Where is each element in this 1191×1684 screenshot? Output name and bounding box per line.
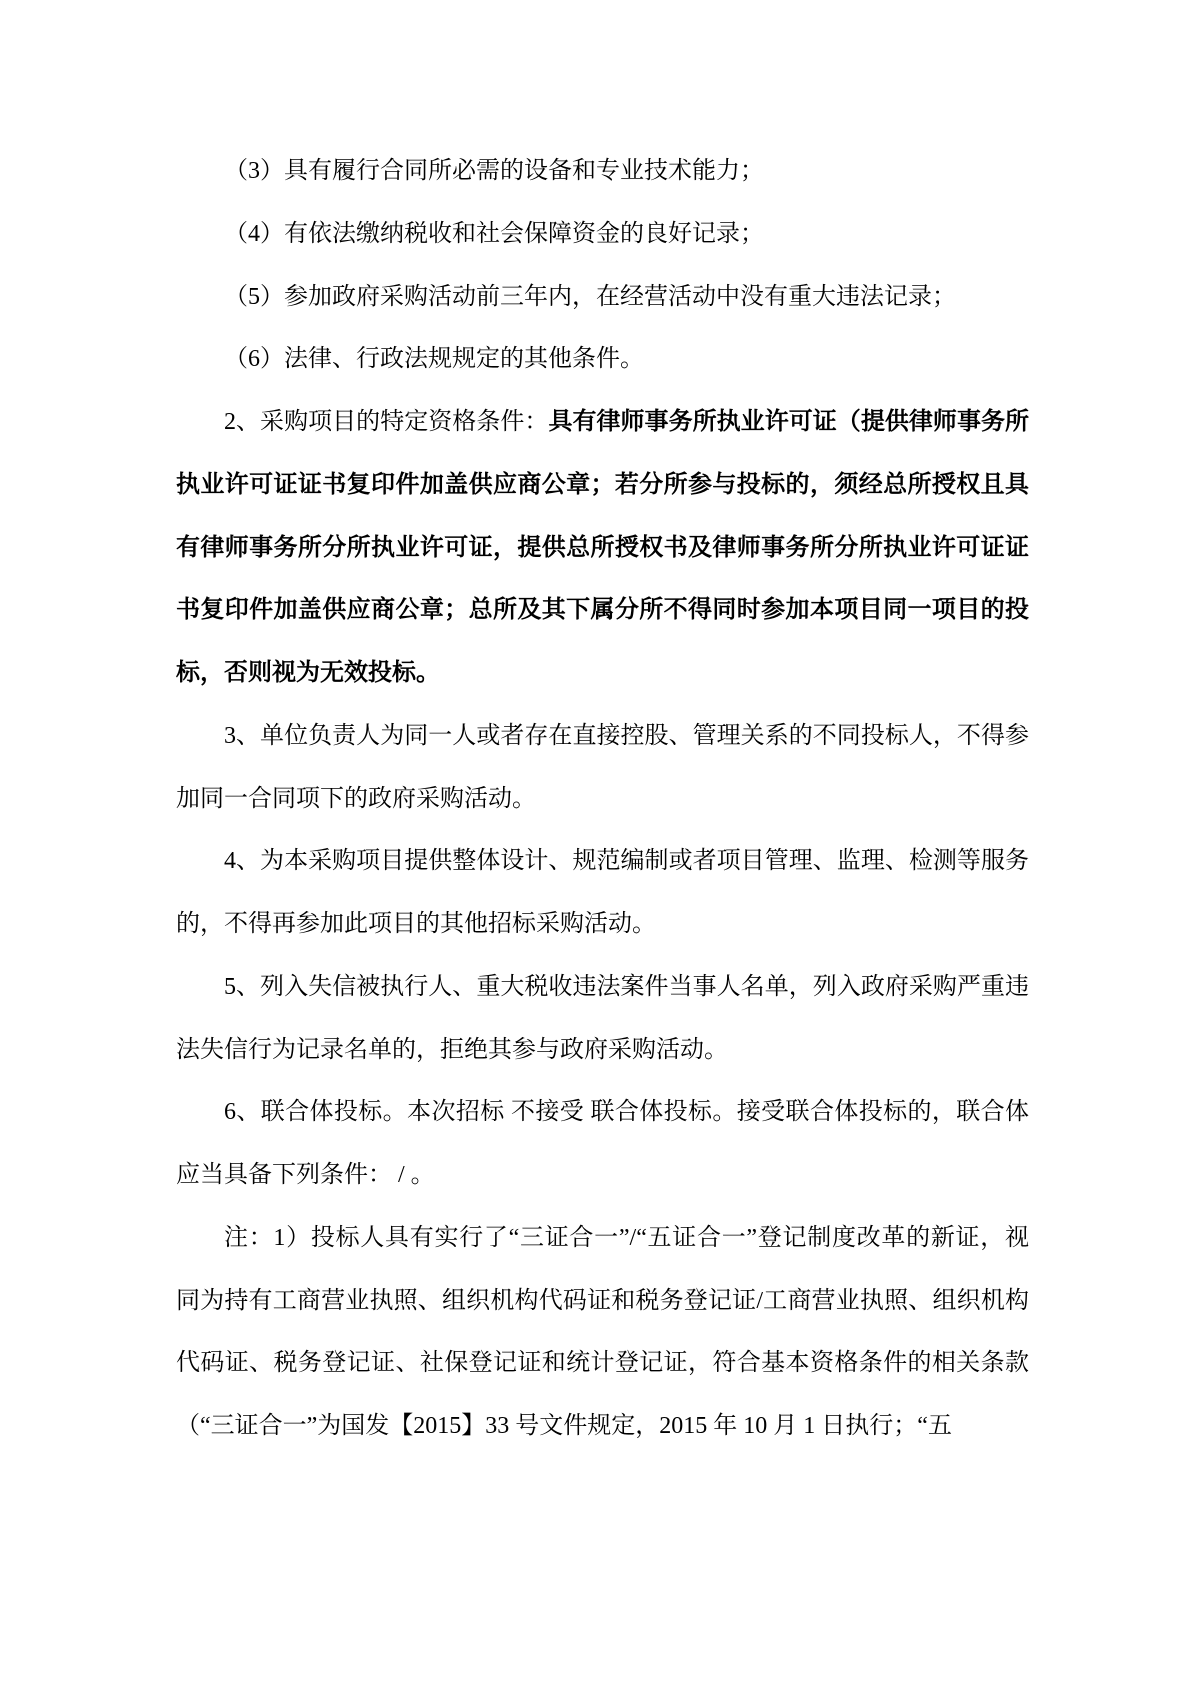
paragraph-basic-condition-4: （4）有依法缴纳税收和社会保障资金的良好记录； bbox=[176, 203, 1029, 266]
text-run: （3）具有履行合同所必需的设备和专业技术能力； bbox=[224, 158, 764, 184]
text-run: 5、列入失信被执行人、重大税收违法案件当事人名单，列入政府采购严重违法失信行为记… bbox=[176, 974, 1029, 1063]
bold-text-run: 具有律师事务所执业许可证（提供律师事务所执业许可证证书复印件加盖供应商公章；若分… bbox=[176, 409, 1029, 686]
paragraph-basic-condition-6: （6）法律、行政法规规定的其他条件。 bbox=[176, 328, 1029, 391]
text-run: 注：1）投标人具有实行了“三证合一”/“五证合一”登记制度改革的新证，视同为持有… bbox=[176, 1225, 1029, 1439]
paragraph-item-4-design-service-exclusion: 4、为本采购项目提供整体设计、规范编制或者项目管理、监理、检测等服务的，不得再参… bbox=[176, 830, 1029, 956]
text-run: 3、单位负责人为同一人或者存在直接控股、管理关系的不同投标人，不得参加同一合同项… bbox=[176, 723, 1029, 812]
paragraph-item-6-consortium-bidding: 6、联合体投标。本次招标 不接受 联合体投标。接受联合体投标的，联合体应当具备下… bbox=[176, 1081, 1029, 1207]
text-run: （6）法律、行政法规规定的其他条件。 bbox=[224, 346, 644, 372]
paragraph-item-3-same-responsible-person: 3、单位负责人为同一人或者存在直接控股、管理关系的不同投标人，不得参加同一合同项… bbox=[176, 705, 1029, 831]
text-run: （5）参加政府采购活动前三年内，在经营活动中没有重大违法记录； bbox=[224, 284, 956, 310]
paragraph-note-1-license-reform: 注：1）投标人具有实行了“三证合一”/“五证合一”登记制度改革的新证，视同为持有… bbox=[176, 1207, 1029, 1458]
text-run: （4）有依法缴纳税收和社会保障资金的良好记录； bbox=[224, 221, 764, 247]
document-page: （3）具有履行合同所必需的设备和专业技术能力；（4）有依法缴纳税收和社会保障资金… bbox=[0, 0, 1191, 1684]
text-run: 2、采购项目的特定资格条件： bbox=[224, 409, 548, 435]
document-body: （3）具有履行合同所必需的设备和专业技术能力；（4）有依法缴纳税收和社会保障资金… bbox=[176, 140, 1029, 1458]
paragraph-basic-condition-3: （3）具有履行合同所必需的设备和专业技术能力； bbox=[176, 140, 1029, 203]
paragraph-basic-condition-5: （5）参加政府采购活动前三年内，在经营活动中没有重大违法记录； bbox=[176, 266, 1029, 329]
text-run: 6、联合体投标。本次招标 不接受 联合体投标。接受联合体投标的，联合体应当具备下… bbox=[176, 1099, 1029, 1188]
text-run: 4、为本采购项目提供整体设计、规范编制或者项目管理、监理、检测等服务的，不得再参… bbox=[176, 848, 1029, 937]
paragraph-item-2-specific-qualification: 2、采购项目的特定资格条件：具有律师事务所执业许可证（提供律师事务所执业许可证证… bbox=[176, 391, 1029, 705]
paragraph-item-5-dishonesty-blacklist: 5、列入失信被执行人、重大税收违法案件当事人名单，列入政府采购严重违法失信行为记… bbox=[176, 956, 1029, 1082]
